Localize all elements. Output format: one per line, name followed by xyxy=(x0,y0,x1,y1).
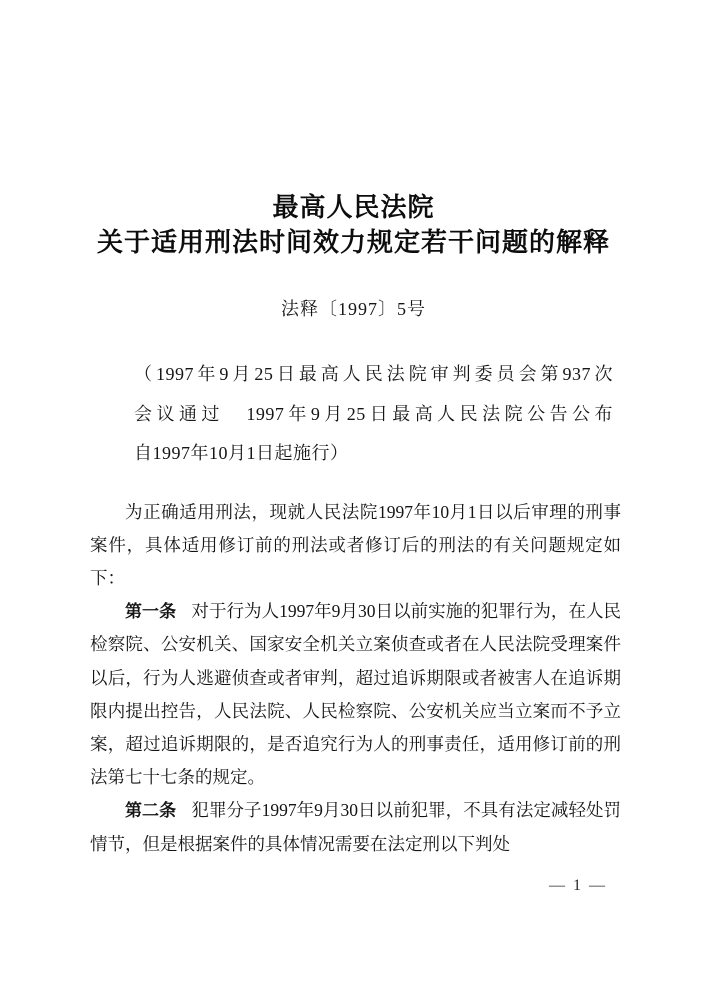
title-line-1: 最高人民法院 xyxy=(0,190,707,225)
page-number: — 1 — xyxy=(549,876,607,896)
article-2-label: 第二条 xyxy=(125,801,176,820)
paragraph-article-1: 第一条对于行为人1997年9月30日以前实施的犯罪行为，在人民检察院、公安机关、… xyxy=(90,595,621,794)
paragraph-intro: 为正确适用刑法，现就人民法院1997年10月1日以后审理的刑事案件，具体适用修订… xyxy=(90,496,621,596)
paragraph-text: 对于行为人1997年9月30日以前实施的犯罪行为，在人民检察院、公安机关、国家安… xyxy=(90,601,621,787)
paragraph-article-2: 第二条犯罪分子1997年9月30日以前犯罪，不具有法定减轻处罚情节，但是根据案件… xyxy=(90,794,621,860)
document-body: 为正确适用刑法，现就人民法院1997年10月1日以后审理的刑事案件，具体适用修订… xyxy=(90,496,621,861)
preamble-line-2: 会议通过 1997年9月25日最高人民法院公告公布 xyxy=(134,395,613,435)
title-line-2: 关于适用刑法时间效力规定若干问题的解释 xyxy=(0,225,707,260)
document-title: 最高人民法院 关于适用刑法时间效力规定若干问题的解释 xyxy=(0,0,707,260)
preamble-line-3: 自1997年10月1日起施行） xyxy=(134,434,613,474)
preamble: （1997年9月25日最高人民法院审判委员会第937次 会议通过 1997年9月… xyxy=(134,355,613,474)
paragraph-text: 为正确适用刑法，现就人民法院1997年10月1日以后审理的刑事案件，具体适用修订… xyxy=(90,502,621,588)
document-page: 最高人民法院 关于适用刑法时间效力规定若干问题的解释 法释〔1997〕5号 （1… xyxy=(0,0,707,999)
article-1-label: 第一条 xyxy=(125,602,176,621)
document-number: 法释〔1997〕5号 xyxy=(0,297,707,321)
preamble-line-1: （1997年9月25日最高人民法院审判委员会第937次 xyxy=(134,355,613,395)
